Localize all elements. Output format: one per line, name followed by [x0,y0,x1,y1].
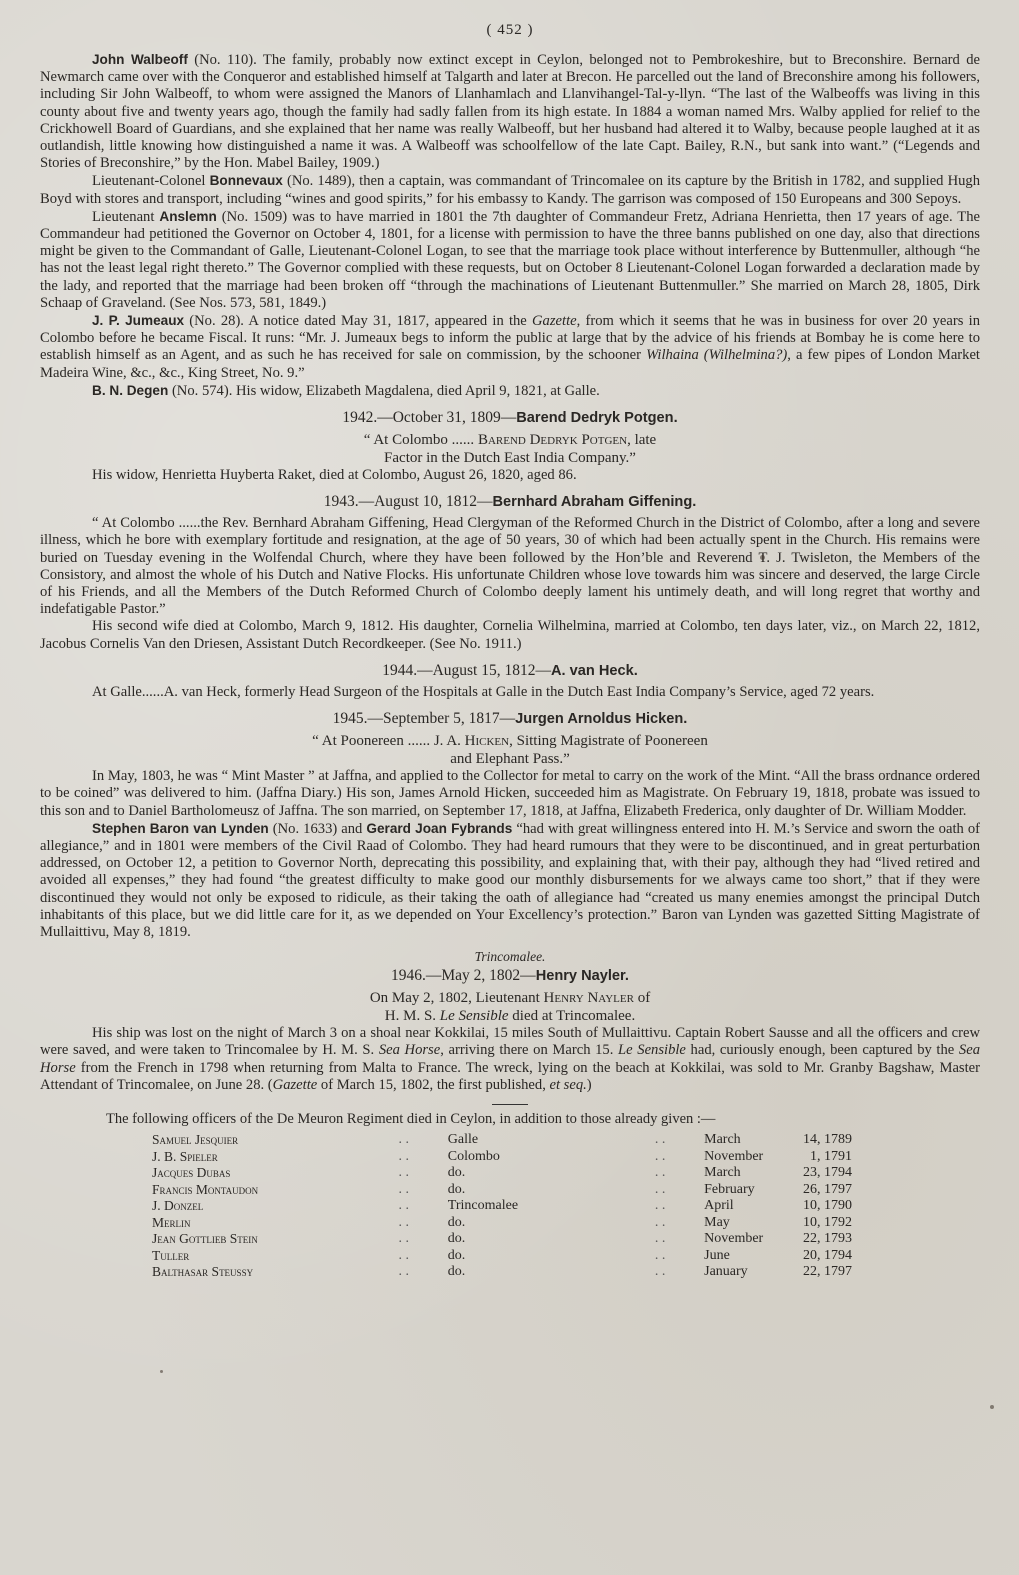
leader-dots: . . [655,1248,704,1265]
officer-place: do. [448,1248,655,1265]
entry-heading-1946: 1946.—May 2, 1802—Henry Nayler. [40,967,980,985]
officer-date: 20, 1794 [783,1248,852,1265]
officer-name: Merlin [152,1215,398,1232]
note-anslemn: Lieutenant Anslemn (No. 1509) was to hav… [40,208,980,312]
leader-dots: . . [398,1182,447,1199]
officer-place: do. [448,1215,655,1232]
officer-date: 1, 1791 [783,1149,852,1166]
page-number: ( 452 ) [40,22,980,39]
officer-date: 22, 1793 [783,1231,852,1248]
officer-place: Galle [448,1132,655,1149]
leader-dots: . . [398,1198,447,1215]
officer-name: Samuel Jesquier [152,1132,398,1149]
leader-dots: . . [655,1231,704,1248]
officers-intro: The following officers of the De Meuron … [106,1111,980,1128]
entry-heading-1945: 1945.—September 5, 1817—Jurgen Arnoldus … [40,710,980,728]
officer-name: Tuller [152,1248,398,1265]
officer-date: 22, 1797 [783,1264,852,1281]
leader-dots: . . [655,1198,704,1215]
officer-name: Jacques Dubas [152,1165,398,1182]
entry-quote-1942: “ At Colombo ...... Barend Dedryk Potgen… [40,431,980,467]
note-walbeoff: John Walbeoff (No. 110). The family, pro… [40,51,980,172]
entry-body-1945: In May, 1803, he was “ Mint Master ” at … [40,768,980,820]
leader-dots: . . [398,1231,447,1248]
leader-dots: . . [398,1264,447,1281]
officer-month: February [704,1182,783,1199]
officer-date: 10, 1792 [783,1215,852,1232]
officer-row: Samuel Jesquier. .Galle. .March14, 1789 [152,1132,852,1149]
entry-quote-1946: On May 2, 1802, Lieutenant Henry Nayler … [40,989,980,1025]
officer-name: Balthasar Steussy [152,1264,398,1281]
officer-month: November [704,1149,783,1166]
officer-row: Jean Gottlieb Stein. .do.. .November22, … [152,1231,852,1248]
leader-dots: . . [655,1215,704,1232]
officer-row: J. B. Spieler. .Colombo. .November1, 179… [152,1149,852,1166]
note-degen: B. N. Degen (No. 574). His widow, Elizab… [40,382,980,400]
officer-place: do. [448,1231,655,1248]
entry-heading-1942: 1942.—October 31, 1809—Barend Dedryk Pot… [40,409,980,427]
trailing-place-name: Trincomalee. [40,949,980,965]
officer-month: January [704,1264,783,1281]
entry-body-1943: His second wife died at Colombo, March 9… [40,618,980,652]
officer-date: 26, 1797 [783,1182,852,1199]
leader-dots: . . [398,1215,447,1232]
officer-place: do. [448,1182,655,1199]
officer-row: Jacques Dubas. .do.. .March23, 1794 [152,1165,852,1182]
leader-dots: . . [655,1149,704,1166]
entry-body-1946: His ship was lost on the night of March … [40,1025,980,1094]
officer-row: Balthasar Steussy. .do.. .January22, 179… [152,1264,852,1281]
officer-month: November [704,1231,783,1248]
document-page: ( 452 ) John Walbeoff (No. 110). The fam… [40,22,980,1281]
officer-row: Tuller. .do.. .June20, 1794 [152,1248,852,1265]
officer-month: March [704,1165,783,1182]
leader-dots: . . [398,1248,447,1265]
entry-heading-1944: 1944.—August 15, 1812—A. van Heck. [40,662,980,680]
entry-heading-1943: 1943.—August 10, 1812—Bernhard Abraham G… [40,493,980,511]
officer-row: J. Donzel. .Trincomalee. .April10, 1790 [152,1198,852,1215]
officer-month: March [704,1132,783,1149]
note-bonnevaux: Lieutenant-Colonel Bonnevaux (No. 1489),… [40,172,980,207]
leader-dots: . . [398,1165,447,1182]
officer-month: May [704,1215,783,1232]
officers-table: Samuel Jesquier. .Galle. .March14, 1789J… [152,1132,852,1281]
officer-date: 14, 1789 [783,1132,852,1149]
leader-dots: . . [655,1182,704,1199]
officer-name: Jean Gottlieb Stein [152,1231,398,1248]
leader-dots: . . [398,1132,447,1149]
officer-date: 10, 1790 [783,1198,852,1215]
officer-month: June [704,1248,783,1265]
officer-month: April [704,1198,783,1215]
section-divider [492,1104,528,1105]
paper-speck [990,1405,994,1409]
leader-dots: . . [655,1165,704,1182]
paper-speck [160,1370,163,1373]
officer-row: Merlin. .do.. .May10, 1792 [152,1215,852,1232]
leader-dots: . . [655,1264,704,1281]
officer-place: do. [448,1165,655,1182]
note-van-lynden: Stephen Baron van Lynden (No. 1633) and … [40,820,980,941]
officer-place: Colombo [448,1149,655,1166]
officer-name: J. B. Spieler [152,1149,398,1166]
officer-place: do. [448,1264,655,1281]
officer-row: Francis Montaudon. .do.. .February26, 17… [152,1182,852,1199]
entry-quote-1945: “ At Poonereen ...... J. A. Hicken, Sitt… [40,732,980,768]
leader-dots: . . [398,1149,447,1166]
officer-name: J. Donzel [152,1198,398,1215]
entry-quote-1943: “ At Colombo ......the Rev. Bernhard Abr… [40,515,980,618]
leader-dots: . . [655,1132,704,1149]
officer-place: Trincomalee [448,1198,655,1215]
officer-name: Francis Montaudon [152,1182,398,1199]
paper-speck [760,555,765,560]
officer-date: 23, 1794 [783,1165,852,1182]
entry-body-1944: At Galle......A. van Heck, formerly Head… [40,684,980,701]
entry-body-1942: His widow, Henrietta Huyberta Raket, die… [40,467,980,484]
note-jumeaux: J. P. Jumeaux (No. 28). A notice dated M… [40,312,980,382]
